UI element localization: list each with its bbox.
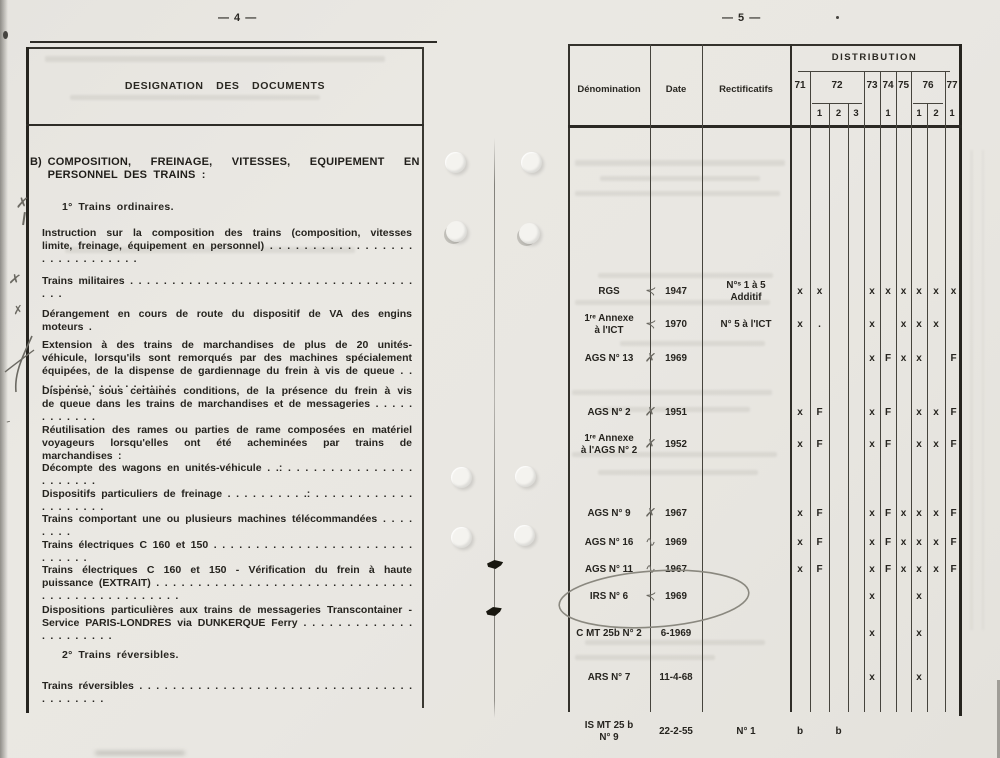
pencil-cross-annotation: ✗ [12, 303, 24, 316]
scan-smudge [95, 751, 185, 755]
distribution-mark: F [816, 439, 822, 450]
year-header-74: 74 [880, 80, 896, 91]
distribution-mark: F [950, 508, 956, 519]
punch-hole [521, 152, 542, 173]
date-cell: 11-4-68 [650, 672, 702, 684]
distribution-mark: x [797, 319, 803, 330]
distribution-mark-cell: x [927, 319, 945, 331]
distribution-mark: x [869, 319, 875, 330]
distribution-mark-cell: x [864, 353, 880, 365]
distribution-mark: F [816, 508, 822, 519]
distribution-mark-cell: x [927, 286, 945, 298]
denomination-line: 1ʳᵉ Annexe [568, 433, 650, 445]
distribution-mark-cell: F [810, 537, 829, 549]
group-underline-72 [812, 103, 862, 104]
distribution-mark: F [816, 407, 822, 418]
distribution-mark-cell: F [880, 508, 896, 520]
section-label: B) [30, 156, 42, 182]
denomination-line: IRS N° 6 [568, 591, 650, 603]
distribution-mark: F [816, 537, 822, 548]
distribution-mark-cell: b [790, 726, 810, 738]
table-border [26, 47, 29, 713]
column-line [896, 71, 897, 712]
denomination-cell: RGS≺ [568, 286, 650, 298]
distribution-mark: x [885, 286, 891, 297]
distribution-mark: x [797, 537, 803, 548]
distribution-mark: x [933, 537, 939, 548]
year-header-72: 72 [810, 80, 864, 91]
distribution-mark: x [869, 286, 875, 297]
column-line [880, 71, 881, 712]
distribution-mark-cell: F [810, 564, 829, 576]
year-header-75: 75 [896, 80, 911, 91]
date-cell: 1970 [650, 319, 702, 331]
distribution-mark: x [869, 439, 875, 450]
year-subcolumn-header: 1 [945, 108, 959, 119]
distribution-mark-cell: x [790, 286, 810, 298]
rectificatif-cell: N°ˢ 1 à 5Additif [702, 280, 790, 304]
distribution-mark: x [797, 286, 803, 297]
pencil-stroke [22, 212, 25, 225]
distribution-mark: x [797, 564, 803, 575]
distribution-mark-cell: F [880, 537, 896, 549]
denomination-line: C MT 25b N° 2 [568, 628, 650, 640]
date-cell: 6-1969 [650, 628, 702, 640]
designation-entry: Décompte des wagons en unités-véhicule .… [42, 462, 412, 488]
distribution-mark-cell: x [864, 319, 880, 331]
year-header-77: 77 [945, 80, 959, 91]
rectificatif-line: N° 1 [702, 726, 790, 738]
date-cell: 1967 [650, 508, 702, 520]
designation-entry: Dispositions particulières aux trains de… [42, 604, 412, 643]
distribution-mark-cell: x [911, 407, 927, 419]
distribution-mark: x [869, 407, 875, 418]
distribution-mark-cell: x [864, 564, 880, 576]
denomination-cell: ARS N° 7 [568, 672, 650, 684]
distribution-mark-cell: x [911, 439, 927, 451]
distribution-mark-cell: x [911, 508, 927, 520]
table-row: 1ʳᵉ Annexeà l'ICT≺1970N° 5 à l'ICTx.xxxx [568, 310, 962, 340]
distribution-mark: x [869, 591, 875, 602]
denomination-cell: C MT 25b N° 2 [568, 628, 650, 640]
distribution-mark-cell: x [790, 564, 810, 576]
year-subcolumn-header: 2 [829, 108, 848, 119]
distribution-mark: x [901, 537, 907, 548]
punch-hole [515, 466, 536, 487]
table-row: RGS≺1947N°ˢ 1 à 5Additifxxxxxxxx [568, 277, 962, 307]
distribution-mark-cell: F [880, 407, 896, 419]
distribution-mark-cell: x [880, 286, 896, 298]
distribution-mark-cell: F [945, 537, 962, 549]
denomination-cell: AGS N° 13✗ [568, 353, 650, 365]
designation-entry: Trains comportant une ou plusieurs machi… [42, 513, 412, 539]
year-subcolumn-header: 1 [911, 108, 927, 119]
denomination-line: à l'AGS N° 2 [568, 445, 650, 457]
date-cell: 1967 [650, 564, 702, 576]
distribution-mark: x [916, 353, 922, 364]
punch-hole [446, 221, 467, 242]
distribution-mark-cell: x [896, 286, 911, 298]
column-header-rectificatifs: Rectificatifs [702, 84, 790, 95]
scan-edge [0, 0, 8, 758]
denomination-line: IS MT 25 b [568, 720, 650, 732]
date-cell: 1952 [650, 439, 702, 451]
distribution-mark-cell: x [911, 353, 927, 365]
distribution-mark-cell: F [945, 407, 962, 419]
distribution-mark: x [797, 407, 803, 418]
distribution-mark-cell: x [927, 564, 945, 576]
date-cell: 1969 [650, 537, 702, 549]
distribution-mark-cell: x [864, 537, 880, 549]
table-row: AGS N° 13✗1969xFxxF [568, 344, 962, 374]
distribution-mark-cell: x [864, 508, 880, 520]
distribution-mark: F [885, 353, 891, 364]
distribution-mark-cell: F [810, 407, 829, 419]
distribution-mark: x [869, 628, 875, 639]
bleedthrough-smudge [45, 56, 385, 62]
section-heading: B) COMPOSITION, FREINAGE, VITESSES, EQUI… [30, 156, 420, 182]
designation-entry: Réutilisation des rames ou parties de ra… [42, 424, 412, 463]
denomination-cell: IS MT 25 bN° 9 [568, 720, 650, 744]
distribution-mark-cell: x [911, 286, 927, 298]
year-subcolumn-header: 1 [880, 108, 896, 119]
denomination-line: AGS N° 16 [568, 537, 650, 549]
denomination-cell: 1ʳᵉ Annexeà l'AGS N° 2✗ [568, 433, 650, 457]
column-line [864, 71, 865, 712]
denomination-cell: IRS N° 6≺ [568, 591, 650, 603]
distribution-mark-cell: . [810, 319, 829, 331]
distribution-mark-cell: F [945, 564, 962, 576]
distribution-mark: x [933, 407, 939, 418]
distribution-mark: F [950, 564, 956, 575]
designation-entry: Dispositifs particuliers de freinage . .… [42, 488, 412, 514]
distribution-mark-cell: x [864, 407, 880, 419]
distribution-mark-cell: x [896, 319, 911, 331]
scanned-document: — 4 — DESIGNATION DES DOCUMENTS B) COMPO… [0, 0, 1000, 758]
distribution-mark: x [916, 319, 922, 330]
table-row: ARS N° 711-4-68xx [568, 663, 962, 693]
date-cell: 22-2-55 [650, 726, 702, 738]
designation-entry: Dérangement en cours de route du disposi… [42, 308, 412, 334]
distribution-mark: x [869, 353, 875, 364]
distribution-mark: F [950, 537, 956, 548]
denomination-line: à l'ICT [568, 325, 650, 337]
distribution-mark-cell: x [896, 508, 911, 520]
distribution-mark: x [916, 672, 922, 683]
denomination-line: AGS N° 9 [568, 508, 650, 520]
distribution-mark-cell: F [880, 439, 896, 451]
table-row: IRS N° 6≺1969xx [568, 582, 962, 612]
table-row: 1ʳᵉ Annexeà l'AGS N° 2✗1952xFxFxxF [568, 430, 962, 460]
distribution-mark: F [816, 564, 822, 575]
distribution-mark-cell: x [911, 564, 927, 576]
distribution-mark: x [916, 591, 922, 602]
distribution-mark-cell: x [927, 537, 945, 549]
denomination-line: AGS N° 2 [568, 407, 650, 419]
distribution-mark-cell: x [896, 537, 911, 549]
denomination-line: ARS N° 7 [568, 672, 650, 684]
distribution-mark-cell: F [880, 564, 896, 576]
distribution-mark: F [885, 407, 891, 418]
column-header-distribution: DISTRIBUTION [790, 52, 959, 63]
rectificatif-line: N° 5 à l'ICT [702, 319, 790, 331]
bleedthrough-smudge [970, 150, 973, 630]
documents-table-header: DESIGNATION DES DOCUMENTS [26, 80, 424, 92]
distribution-mark-cell: x [911, 319, 927, 331]
denomination-cell: AGS N° 2✗ [568, 407, 650, 419]
distribution-mark-cell: x [911, 628, 927, 640]
distribution-mark-cell: x [864, 286, 880, 298]
year-header-71: 71 [790, 80, 810, 91]
distribution-mark: x [817, 286, 823, 297]
distribution-mark-cell: x [927, 439, 945, 451]
distribution-mark: x [901, 508, 907, 519]
rectificatif-cell: N° 5 à l'ICT [702, 319, 790, 331]
distribution-mark: x [901, 353, 907, 364]
page-gutter-seam [494, 138, 495, 718]
distribution-underline [798, 71, 950, 72]
distribution-mark: F [950, 439, 956, 450]
denomination-line: 1ʳᵉ Annexe [568, 313, 650, 325]
year-header-76: 76 [911, 80, 945, 91]
bleedthrough-smudge [70, 95, 320, 100]
distribution-mark-cell: x [927, 407, 945, 419]
distribution-mark: x [869, 564, 875, 575]
distribution-mark-cell: x [790, 537, 810, 549]
distribution-mark: x [933, 508, 939, 519]
distribution-mark-cell: x [790, 407, 810, 419]
distribution-mark: x [869, 672, 875, 683]
distribution-mark: F [885, 537, 891, 548]
distribution-table: Dénomination Date Rectificatifs DISTRIBU… [568, 44, 962, 712]
distribution-mark: x [951, 286, 957, 297]
table-row: AGS N° 9✗1967xFxFxxxF [568, 499, 962, 529]
column-line [810, 71, 811, 712]
page-number-right: — 5 — [722, 12, 761, 24]
scan-speck [3, 31, 8, 39]
denomination-cell: 1ʳᵉ Annexeà l'ICT≺ [568, 313, 650, 337]
distribution-mark-cell: x [945, 286, 962, 298]
designation-entry: Trains réversibles . . . . . . . . . . .… [42, 680, 412, 706]
distribution-mark: b [797, 726, 803, 737]
rectificatif-line: N°ˢ 1 à 5 [702, 280, 790, 292]
denomination-line: AGS N° 11 [568, 564, 650, 576]
punch-hole [451, 527, 472, 548]
distribution-mark-cell: x [864, 628, 880, 640]
distribution-mark-cell: x [864, 439, 880, 451]
rectificatif-cell: N° 1 [702, 726, 790, 738]
distribution-mark: F [950, 353, 956, 364]
year-header-73: 73 [864, 80, 880, 91]
punch-hole [514, 525, 535, 546]
distribution-mark: x [797, 439, 803, 450]
distribution-mark-cell: F [810, 508, 829, 520]
subsection-heading: 2° Trains réversibles. [62, 649, 412, 662]
date-cell: 1969 [650, 591, 702, 603]
distribution-mark-cell: x [911, 591, 927, 603]
column-line [945, 71, 946, 712]
subsection-heading: 1° Trains ordinaires. [62, 201, 412, 214]
distribution-mark-cell: x [864, 591, 880, 603]
distribution-mark-cell: F [880, 353, 896, 365]
distribution-mark: F [885, 508, 891, 519]
distribution-mark: x [901, 564, 907, 575]
distribution-mark: x [916, 286, 922, 297]
punch-hole [445, 152, 466, 173]
table-border [422, 47, 424, 708]
distribution-mark: x [916, 564, 922, 575]
binding-mark [487, 559, 504, 569]
bleedthrough-smudge [982, 150, 984, 630]
distribution-mark-cell: x [790, 319, 810, 331]
designation-entry: Extension à des trains de marchandises d… [42, 339, 412, 391]
table-row: C MT 25b N° 26-1969xx [568, 619, 962, 649]
denomination-cell: AGS N° 11∿ [568, 564, 650, 576]
column-header-denomination: Dénomination [568, 84, 650, 95]
page-number-left: — 4 — [218, 12, 257, 24]
designation-entry: Trains militaires . . . . . . . . . . . … [42, 275, 412, 301]
distribution-mark-cell: x [896, 353, 911, 365]
denomination-line: N° 9 [568, 732, 650, 744]
binding-mark [486, 607, 502, 617]
pencil-cross-annotation: ✗ [15, 195, 29, 211]
distribution-mark-cell: x [896, 564, 911, 576]
distribution-mark-cell: x [911, 537, 927, 549]
distribution-mark: x [916, 407, 922, 418]
distribution-mark: x [901, 319, 907, 330]
designation-entry: Trains électriques C 160 et 150 . . . . … [42, 539, 412, 565]
distribution-mark: F [885, 564, 891, 575]
distribution-mark: x [916, 508, 922, 519]
distribution-mark: . [818, 319, 821, 330]
denomination-line: RGS [568, 286, 650, 298]
distribution-mark: x [933, 319, 939, 330]
distribution-mark-cell: F [945, 439, 962, 451]
pencil-cross-annotation: ✗ [8, 272, 22, 288]
year-subcolumn-header: 2 [927, 108, 945, 119]
table-row: AGS N° 11∿1967xFxFxxxF [568, 555, 962, 585]
designation-entry: Trains électriques C 160 et 150 - Vérifi… [42, 564, 412, 603]
table-border [568, 44, 962, 46]
punch-hole [519, 223, 540, 244]
distribution-mark: x [916, 439, 922, 450]
distribution-mark-cell: b [829, 726, 848, 738]
page-top-rule [30, 41, 437, 43]
table-row: AGS N° 16∿1969xFxFxxxF [568, 528, 962, 558]
year-subcolumn-header: 1 [810, 108, 829, 119]
distribution-mark-cell: F [810, 439, 829, 451]
distribution-mark: F [885, 439, 891, 450]
date-cell: 1951 [650, 407, 702, 419]
distribution-mark: x [901, 286, 907, 297]
table-border [568, 125, 962, 128]
table-border [26, 124, 424, 126]
punch-hole [451, 467, 472, 488]
designation-entry: Dispense, sous certaines conditions, de … [42, 385, 412, 424]
distribution-mark: x [797, 508, 803, 519]
distribution-mark: F [950, 407, 956, 418]
denomination-cell: AGS N° 16∿ [568, 537, 650, 549]
date-cell: 1947 [650, 286, 702, 298]
table-row: IS MT 25 bN° 922-2-55N° 1bb [568, 717, 962, 747]
distribution-mark-cell: x [790, 508, 810, 520]
denomination-cell: AGS N° 9✗ [568, 508, 650, 520]
distribution-mark: x [869, 508, 875, 519]
column-header-date: Date [650, 84, 702, 95]
table-row: AGS N° 2✗1951xFxFxxF [568, 398, 962, 428]
year-subcolumn-header: 3 [848, 108, 864, 119]
column-line [911, 71, 912, 712]
group-underline-76 [913, 103, 943, 104]
designation-entry: Instruction sur la composition des train… [42, 227, 412, 266]
distribution-mark-cell: x [927, 508, 945, 520]
distribution-mark: x [916, 628, 922, 639]
distribution-mark-cell: F [945, 353, 962, 365]
distribution-mark: x [933, 286, 939, 297]
distribution-mark: b [835, 726, 841, 737]
pencil-slash-annotation [2, 334, 42, 396]
denomination-line: AGS N° 13 [568, 353, 650, 365]
rectificatif-line: Additif [702, 292, 790, 304]
distribution-mark-cell: F [945, 508, 962, 520]
distribution-mark-cell: x [864, 672, 880, 684]
table-border [959, 44, 962, 716]
date-cell: 1969 [650, 353, 702, 365]
distribution-mark: x [933, 564, 939, 575]
distribution-mark: x [916, 537, 922, 548]
distribution-mark-cell: x [911, 672, 927, 684]
distribution-mark-cell: x [810, 286, 829, 298]
table-border [26, 47, 423, 49]
distribution-mark: x [869, 537, 875, 548]
scan-speck [836, 16, 839, 19]
distribution-mark: x [933, 439, 939, 450]
section-title: COMPOSITION, FREINAGE, VITESSES, EQUIPEM… [48, 156, 420, 182]
distribution-mark-cell: x [790, 439, 810, 451]
